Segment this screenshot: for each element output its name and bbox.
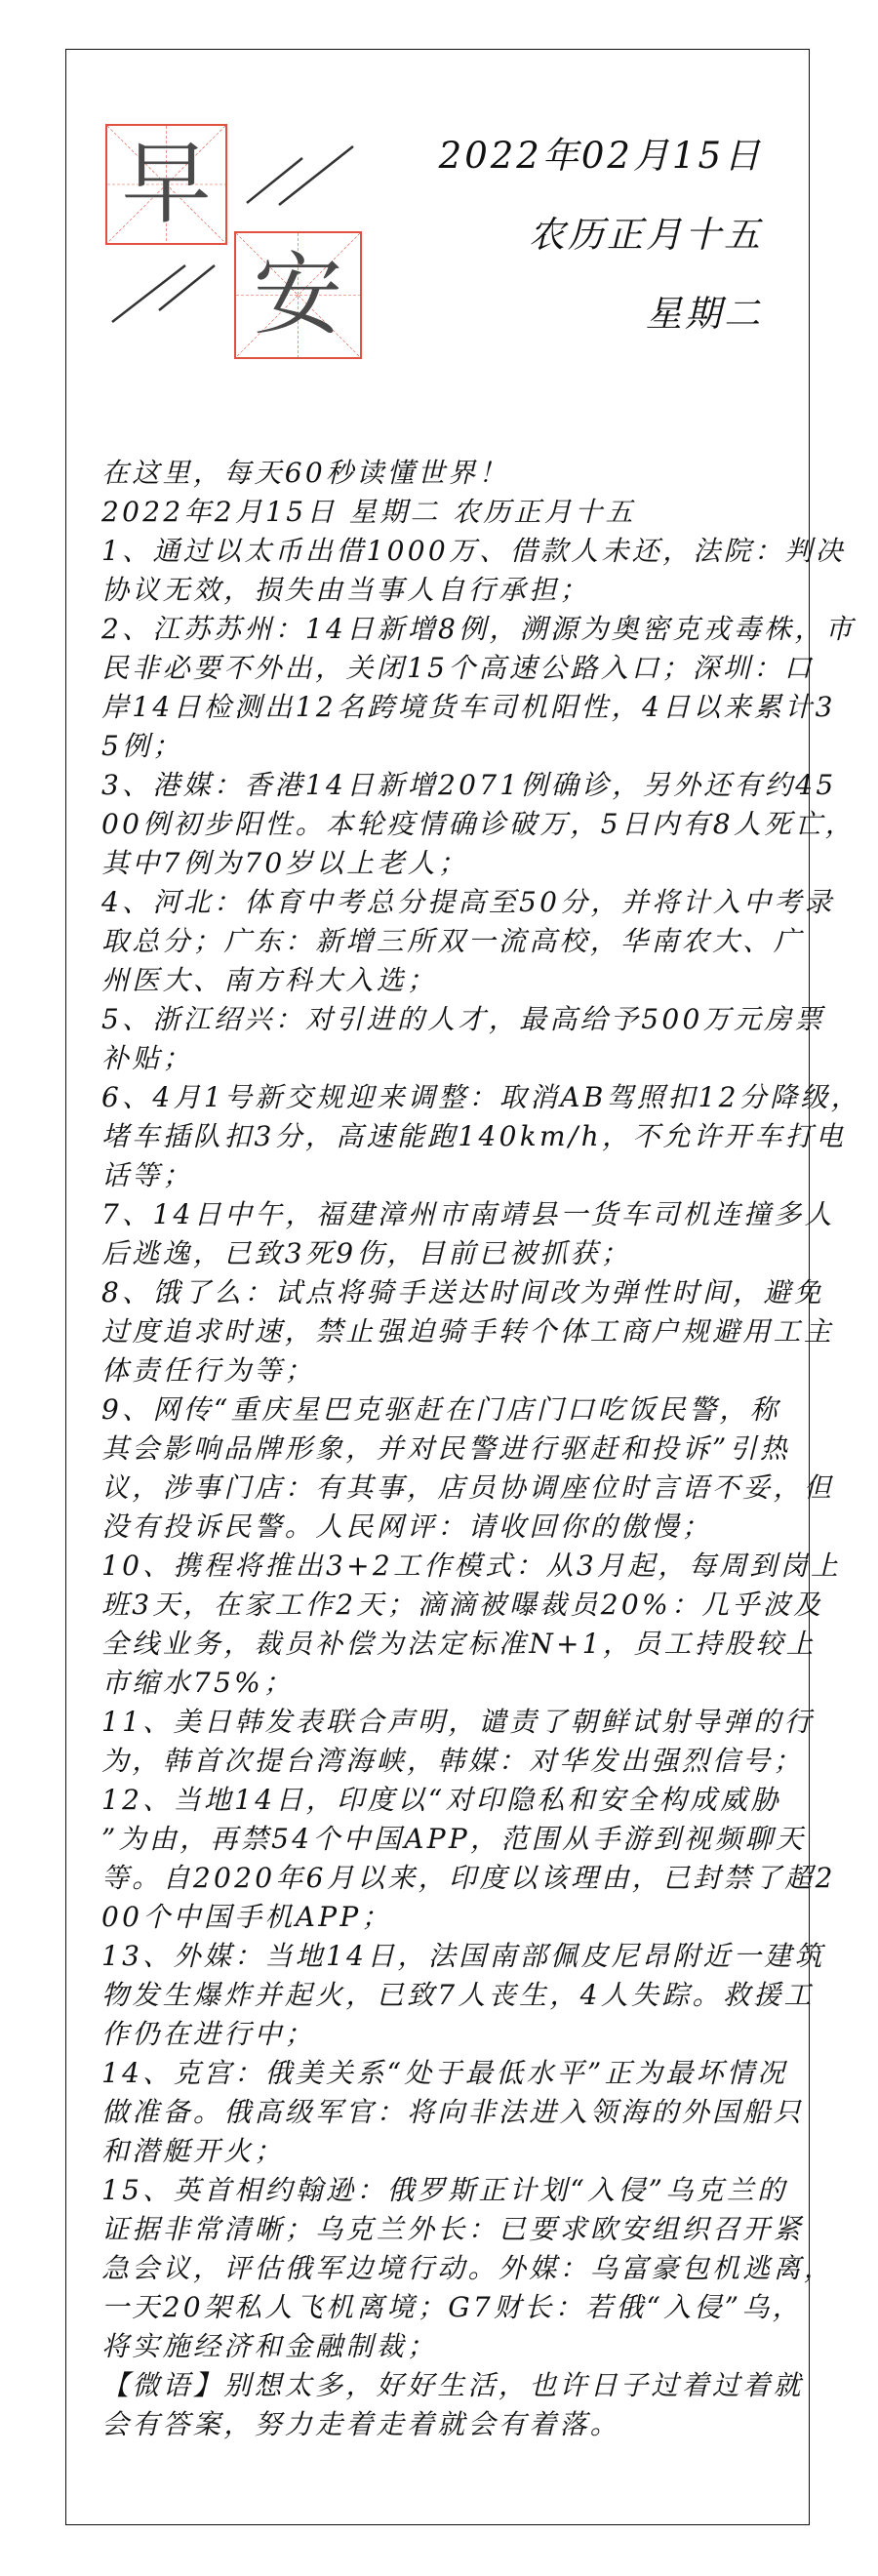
body-line: 4、河北：体育中考总分提高至50分，并将计入中考录 [101,883,778,922]
body-line: 一天20架私人飞机离境；G7财长：若俄“入侵”乌， [101,2288,778,2327]
body-line: ”为由，再禁54个中国APP，范围从手游到视频聊天 [101,1820,778,1859]
body-line: 6、4月1号新交规迎来调整：取消AB驾照扣12分降级， [101,1078,778,1117]
body-line: 【微语】别想太多，好好生活，也许日子过着过着就 [101,2366,778,2405]
body-line: 其中7例为70岁以上老人； [101,844,778,883]
body-line: 做准备。俄高级军官：将向非法进入领海的外国船只 [101,2093,778,2132]
body-line: 7、14日中午，福建漳州市南靖县一货车司机连撞多人 [101,1195,778,1234]
date-block: 2022年02月15日 农历正月十五 星期二 [439,137,763,374]
title-char-an: 安 [236,233,360,357]
body-line: 2022年2月15日 星期二 农历正月十五 [101,493,778,532]
body-line: 5例； [101,727,778,766]
body-line: 证据非常清晰；乌克兰外长：已要求欧安组织召开紧 [101,2210,778,2249]
body-line: 00例初步阳性。本轮疫情确诊破万，5日内有8人死亡， [101,805,778,844]
body-line: 堵车插队扣3分，高速能跑140km/h，不允许开车打电 [101,1117,778,1156]
body-line: 9、网传“重庆星巴克驱赶在门店门口吃饭民警，称 [101,1390,778,1429]
body-line: 13、外媒：当地14日，法国南部佩皮尼昂附近一建筑 [101,1937,778,1976]
body-line: 5、浙江绍兴：对引进的人才，最高给予500万元房票 [101,1000,778,1039]
body-line: 14、克宫：俄美关系“处于最低水平”正为最坏情况 [101,2054,778,2093]
body-line: 12、当地14日，印度以“对印隐私和安全构成威胁 [101,1781,778,1820]
body-line: 其会影响品牌形象，并对民警进行驱赶和投诉”引热 [101,1429,778,1469]
body-line: 议，涉事门店：有其事，店员协调座位时言语不妥，但 [101,1469,778,1508]
body-line: 2、江苏苏州：14日新增8例，溯源为奥密克戎毒株，市 [101,610,778,649]
body-line: 体责任行为等； [101,1351,778,1390]
title-char-box-zao: 早 [105,124,227,245]
body-line: 话等； [101,1156,778,1195]
body-line: 会有答案，努力走着走着就会有着落。 [101,2405,778,2444]
body-line: 00个中国手机APP； [101,1898,778,1937]
body-line: 15、英首相约翰逊：俄罗斯正计划“入侵”乌克兰的 [101,2171,778,2210]
body-line: 州医大、南方科大入选； [101,961,778,1000]
body-line: 1、通过以太币出借1000万、借款人未还，法院：判决 [101,532,778,571]
body-line: 为，韩首次提台湾海峡，韩媒：对华发出强烈信号； [101,1742,778,1781]
body-line: 协议无效，损失由当事人自行承担； [101,571,778,610]
body-line: 全线业务，裁员补偿为法定标准N+1，员工持股较上 [101,1625,778,1664]
body-line: 3、港媒：香港14日新增2071例确诊，另外还有约45 [101,766,778,805]
body-line: 岸14日检测出12名跨境货车司机阳性，4日以来累计3 [101,688,778,727]
body-line: 补贴； [101,1039,778,1078]
body-line: 10、携程将推出3+2工作模式：从3月起，每周到岗上 [101,1547,778,1586]
weekday: 星期二 [439,295,763,334]
title-char-zao: 早 [107,126,225,243]
body-line: 11、美日韩发表联合声明，谴责了朝鲜试射导弹的行 [101,1703,778,1742]
body-line: 等。自2020年6月以来，印度以该理由，已封禁了超2 [101,1859,778,1898]
news-body: 在这里，每天60秒读懂世界！2022年2月15日 星期二 农历正月十五1、通过以… [101,454,778,2444]
body-line: 物发生爆炸并起火，已致7人丧生，4人失踪。救援工 [101,1976,778,2015]
body-line: 和潜艇开火； [101,2132,778,2171]
gregorian-date: 2022年02月15日 [439,137,763,176]
body-line: 民非必要不外出，关闭15个高速公路入口；深圳：口 [101,649,778,688]
body-line: 在这里，每天60秒读懂世界！ [101,454,778,493]
body-line: 市缩水75%； [101,1664,778,1703]
body-line: 班3天，在家工作2天；滴滴被曝裁员20%：几乎波及 [101,1586,778,1625]
body-line: 作仍在进行中； [101,2015,778,2054]
body-line: 后逃逸，已致3死9伤，目前已被抓获； [101,1234,778,1273]
title-char-box-an: 安 [234,231,362,359]
body-line: 没有投诉民警。人民网评：请收回你的傲慢； [101,1508,778,1547]
body-line: 取总分；广东：新增三所双一流高校，华南农大、广 [101,922,778,961]
body-line: 过度追求时速，禁止强迫骑手转个体工商户规避用工主 [101,1312,778,1351]
body-line: 8、饿了么：试点将骑手送达时间改为弹性时间，避免 [101,1273,778,1312]
body-line: 急会议，评估俄军边境行动。外媒：乌富豪包机逃离， [101,2249,778,2288]
body-line: 将实施经济和金融制裁； [101,2327,778,2366]
lunar-date: 农历正月十五 [439,216,763,255]
